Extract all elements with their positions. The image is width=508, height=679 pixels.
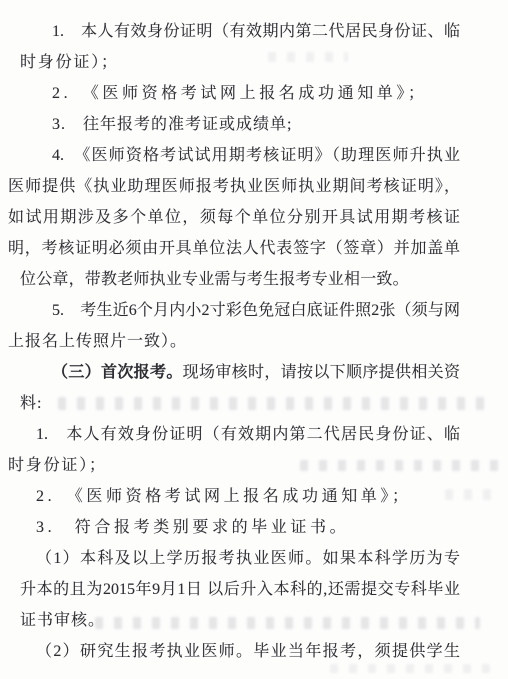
text-line: 医师提供《执业助理医师报考执业医师执业期间考核证明》， [8, 171, 460, 202]
scan-smudge [95, 617, 480, 629]
text-line: 5. 考生近6个月内小2寸彩色免冠白底证件照2张（须与网 [8, 295, 460, 326]
scan-smudge [268, 52, 348, 62]
text-line: 上报名上传照片一致）。 [8, 326, 460, 357]
section-heading-line: （三）首次报考。现场审核时，请按以下顺序提供相关资 [8, 357, 460, 388]
text-line: 时身份证）； [8, 47, 460, 78]
text-line: 1. 本人有效身份证明（有效期内第二代居民身份证、临 [8, 16, 460, 47]
scan-smudge [330, 664, 490, 673]
section-heading-rest: 现场审核时，请按以下顺序提供相关资 [183, 364, 460, 381]
text-line: 1. 本人有效身份证明（有效期内第二代居民身份证、临 [8, 419, 460, 450]
scan-smudge [300, 460, 500, 471]
section-heading-bold: （三）首次报考。 [52, 364, 183, 381]
text-line: 2. 《医师资格考试网上报名成功通知单》； [8, 78, 460, 109]
text-line: （1）本科及以上学历报考执业医师。如果本科学历为专 [8, 543, 460, 574]
text-line: 2. 《医师资格考试网上报名成功通知单》； [8, 481, 460, 512]
text-line: 4. 《医师资格考试试用期考核证明》（助理医师升执业 [8, 140, 460, 171]
text-line: 位公章，带教老师执业专业需与考生报考专业相一致。 [8, 264, 460, 295]
text-line: 3. 往年报考的准考证或成绩单; [8, 109, 460, 140]
document-text-block: 1. 本人有效身份证明（有效期内第二代居民身份证、临 时身份证）； 2. 《医师… [8, 16, 460, 667]
text-line: 如试用期涉及多个单位，须每个单位分别开具试用期考核证 [8, 202, 460, 233]
scan-smudge [445, 489, 500, 500]
text-line: 升本的且为2015年9月1日 以后升入本科的,还需提交专科毕业 [8, 574, 460, 605]
scan-smudge [58, 397, 488, 410]
text-line: （2）研究生报考执业医师。毕业当年报考，须提供学生 [8, 636, 460, 667]
scanned-document-page: 1. 本人有效身份证明（有效期内第二代居民身份证、临 时身份证）； 2. 《医师… [0, 0, 508, 679]
text-line: 明，考核证明必须由开具单位法人代表签字（签章）并加盖单 [8, 233, 460, 264]
text-line: 3. 符合报考类别要求的毕业证书。 [8, 512, 460, 543]
